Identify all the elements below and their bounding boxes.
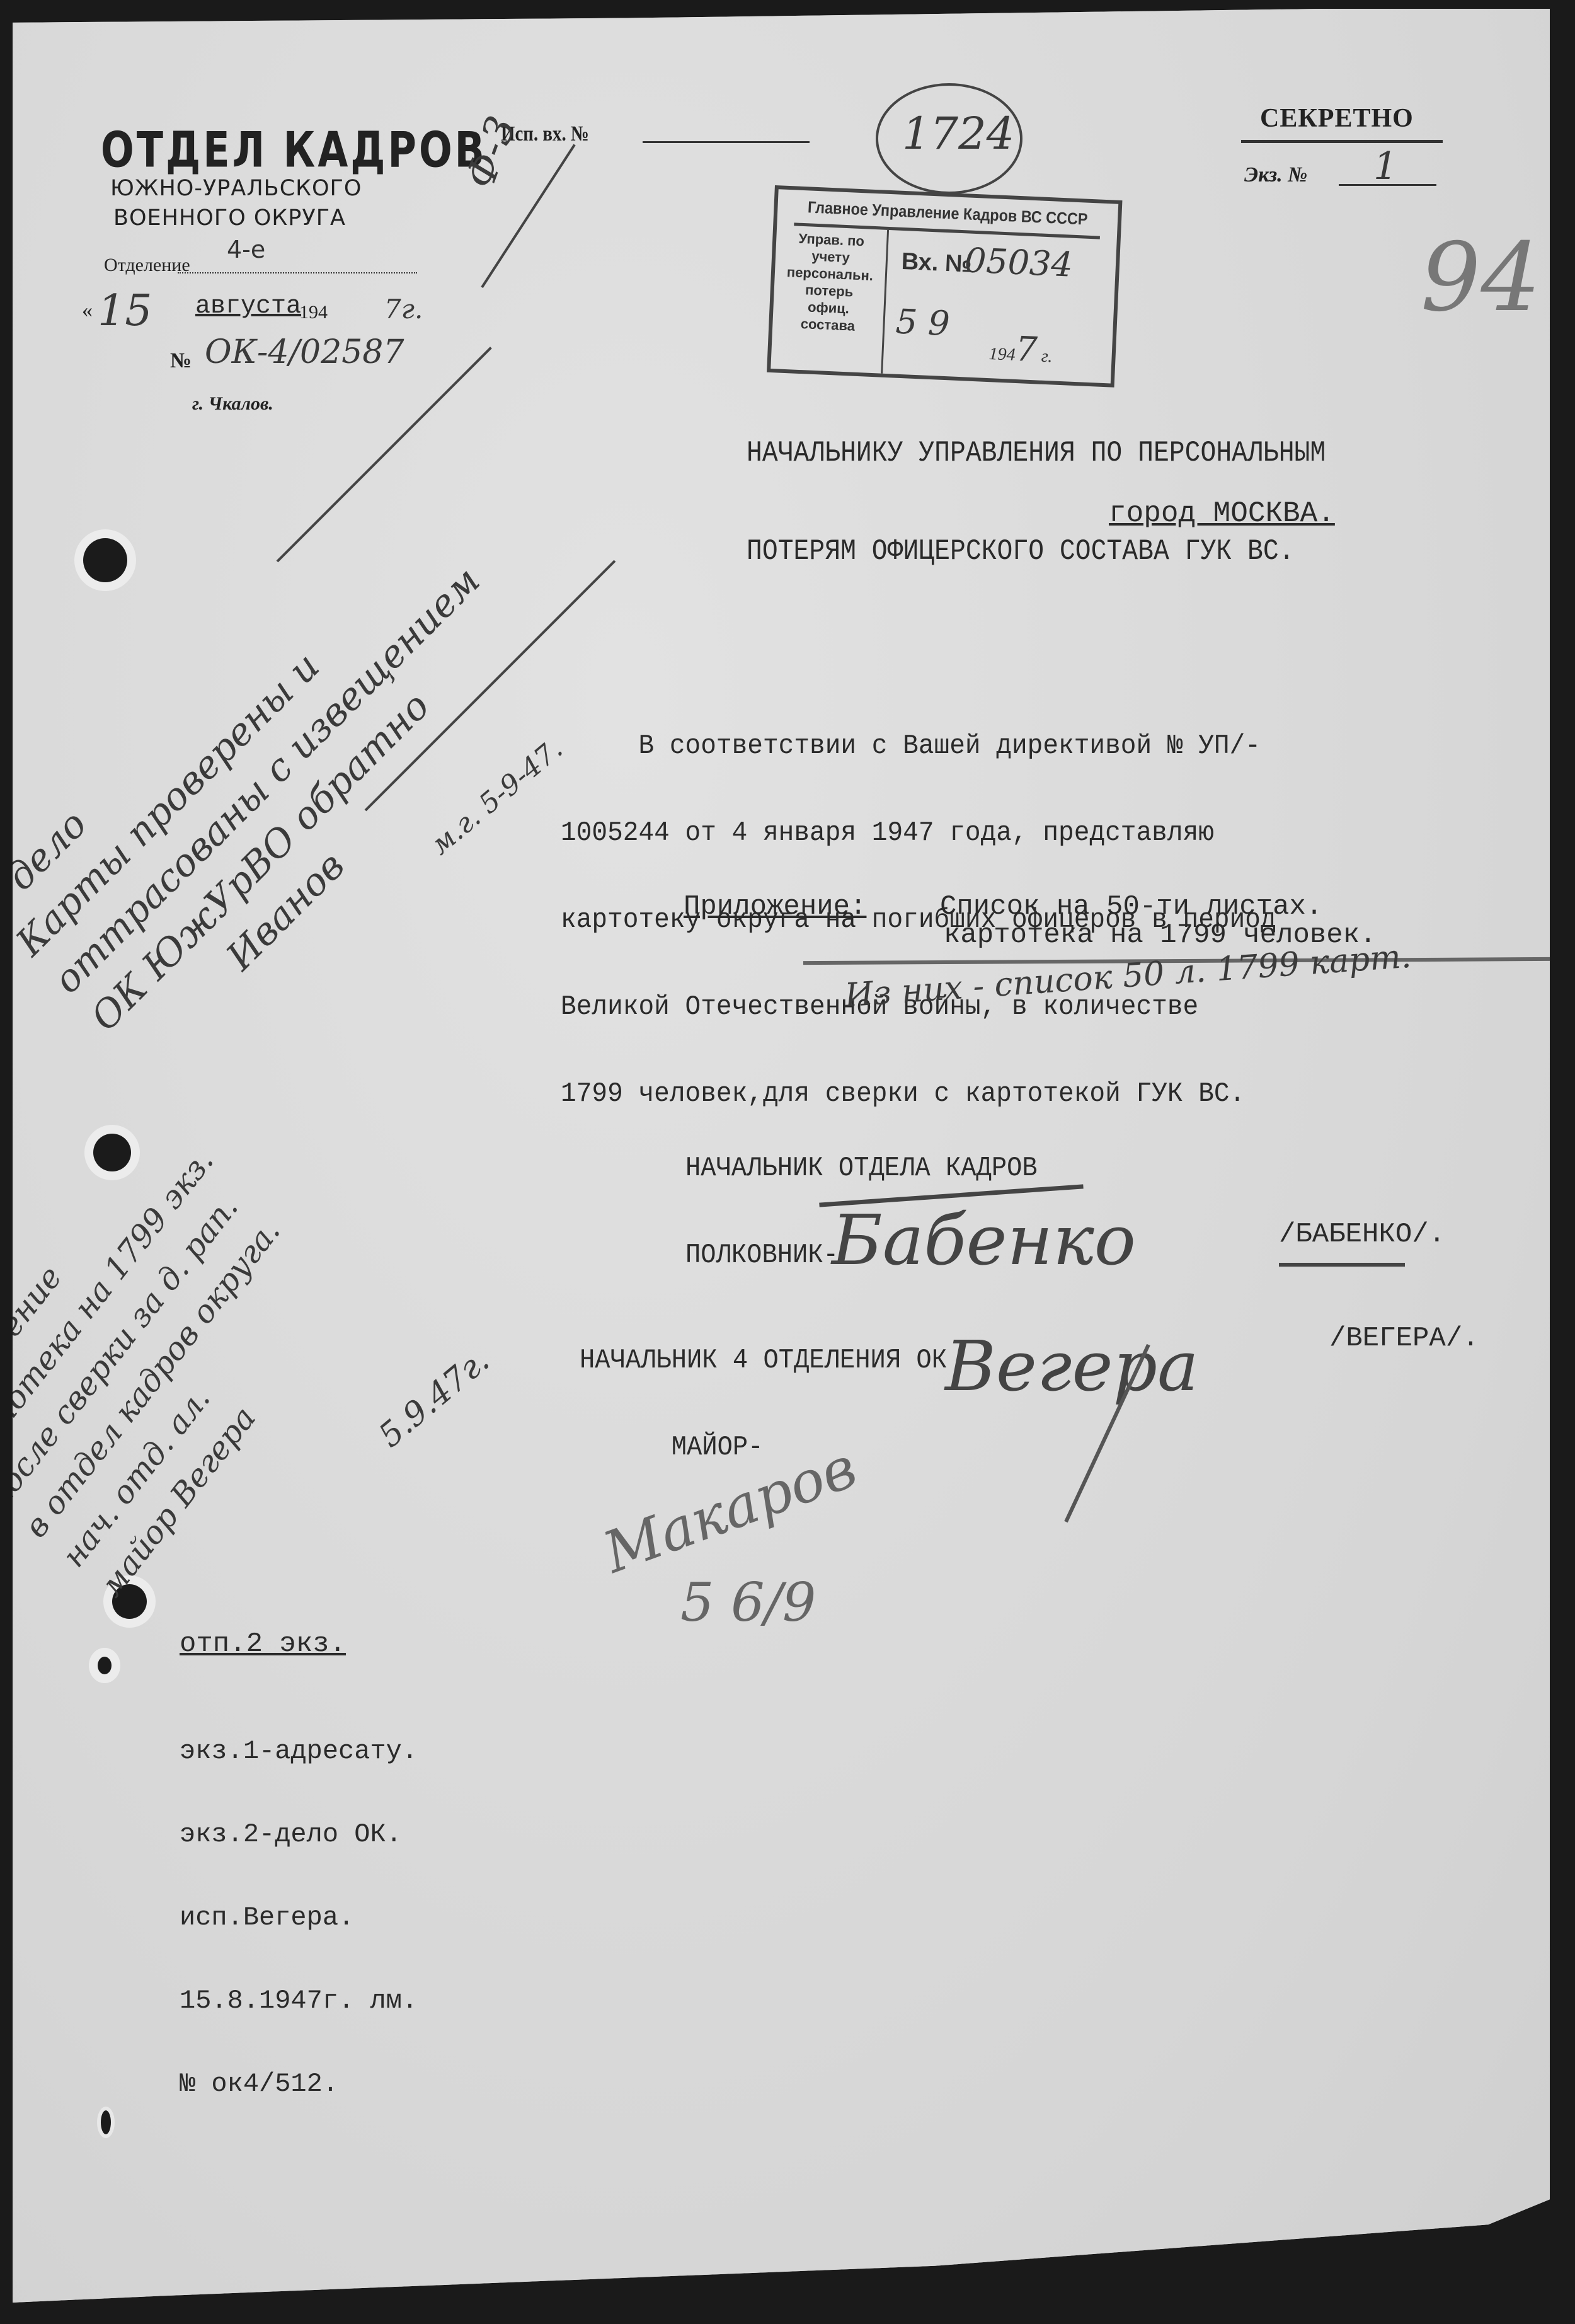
document-page: ОТДЕЛ КАДРОВ ЮЖНО-УРАЛЬСКОГО ВОЕННОГО ОК… [13, 9, 1550, 2303]
copy-number-value: 1 [1373, 144, 1397, 188]
stamp-year-digit: 7 [1015, 329, 1038, 369]
letterhead-title: ОТДЕЛ КАДРОВ [101, 121, 487, 178]
outgoing-number: ОК-4/02587 [205, 333, 404, 371]
handwritten-signature: Вегера [945, 1326, 1199, 1406]
signatory-name: /ВЕГЕРА/. [1329, 1323, 1479, 1354]
distribution-line: исп.Вегера. [180, 1904, 418, 1931]
letterhead-subtitle: ЮЖНО-УРАЛЬСКОГО [110, 176, 362, 201]
date-open-quote: « [82, 299, 93, 323]
date-month: августа [195, 292, 301, 321]
stamp-date: 5 9 [895, 302, 951, 344]
distribution-line: 15.8.1947г. лм. [180, 1987, 418, 2015]
date-day: 15 [98, 286, 152, 336]
punch-hole [98, 1657, 112, 1674]
signatory-title-line: НАЧАЛЬНИК 4 ОТДЕЛЕНИЯ ОК [580, 1346, 947, 1375]
signatory-name: /БАБЕНКО/. [1279, 1219, 1445, 1250]
resolution-note: Приложение картотека на 1799 экз. после … [0, 1110, 376, 1607]
addressee-city: город МОСКВА. [1109, 497, 1335, 530]
copies-header: отп.2 экз. [180, 1628, 346, 1660]
date-year-prefix: 194 [299, 302, 328, 323]
circled-number-text: 1724 [902, 108, 1014, 159]
distribution-line: экз.2-дело ОК. [180, 1821, 418, 1848]
body-line: 1005244 от 4 января 1947 года, представл… [561, 819, 1276, 848]
resolution-date: 5.9.47г. [372, 1342, 496, 1455]
body-line: В соответствии с Вашей директивой № УП/- [561, 732, 1276, 761]
signatory-title-line: НАЧАЛЬНИК ОТДЕЛА КАДРОВ [685, 1154, 1038, 1183]
punch-hole [101, 2110, 111, 2134]
stamp-year: 1947 г. [988, 328, 1054, 370]
department-value: 4-е [227, 236, 265, 263]
city: г. Чкалов. [192, 393, 273, 415]
incoming-number-line [643, 141, 810, 143]
pencil-date: 5 6/9 [680, 1572, 816, 1633]
copy-number-label: Экз. № [1244, 163, 1307, 187]
stamp-incoming-number: 05034 [964, 240, 1074, 284]
letterhead-subtitle: ВОЕННОГО ОКРУГА [113, 205, 346, 231]
distribution-line: экз.1-адресату. [180, 1737, 418, 1765]
addressee-line: НАЧАЛЬНИКУ УПРАВЛЕНИЯ ПО ПЕРСОНАЛЬНЫМ [747, 437, 1326, 469]
handwritten-signature: Бабенко [832, 1200, 1136, 1280]
stamp-department: Управ. по учету персональн. потерь офиц.… [770, 225, 889, 374]
addressee-line: ПОТЕРЯМ ОФИЦЕРСКОГО СОСТАВА ГУК ВС. [747, 535, 1326, 568]
attachment-item: Список на 50-ти листах. [940, 891, 1322, 923]
stamp-year-suffix: г. [1041, 347, 1053, 367]
signatory-title-line: МАЙОР- [580, 1433, 947, 1462]
resolution-note: В дело Карты проверены и оттрасованы с и… [0, 481, 566, 1080]
punch-hole [83, 538, 127, 582]
department-line [178, 272, 417, 273]
number-sign: № [170, 349, 192, 373]
distribution-line: № ок4/512. [180, 2070, 418, 2098]
circled-registration-number: 1724 [876, 83, 1022, 194]
distribution-list: экз.1-адресату. экз.2-дело ОК. исп.Вегер… [180, 1682, 418, 2153]
attachment-label: Приложение: [684, 891, 866, 923]
date-year-digit: 7г. [384, 294, 423, 325]
classification-underline [1241, 140, 1443, 143]
signature-underline [1279, 1263, 1405, 1267]
stamp-year-prefix: 194 [988, 344, 1016, 365]
stamp-incoming-label: Вх. № [901, 248, 972, 279]
sheet-number: 94 [1421, 223, 1541, 333]
reception-stamp: Главное Управление Кадров ВС СССР Управ.… [767, 185, 1122, 388]
classification-label: СЕКРЕТНО [1260, 103, 1414, 134]
